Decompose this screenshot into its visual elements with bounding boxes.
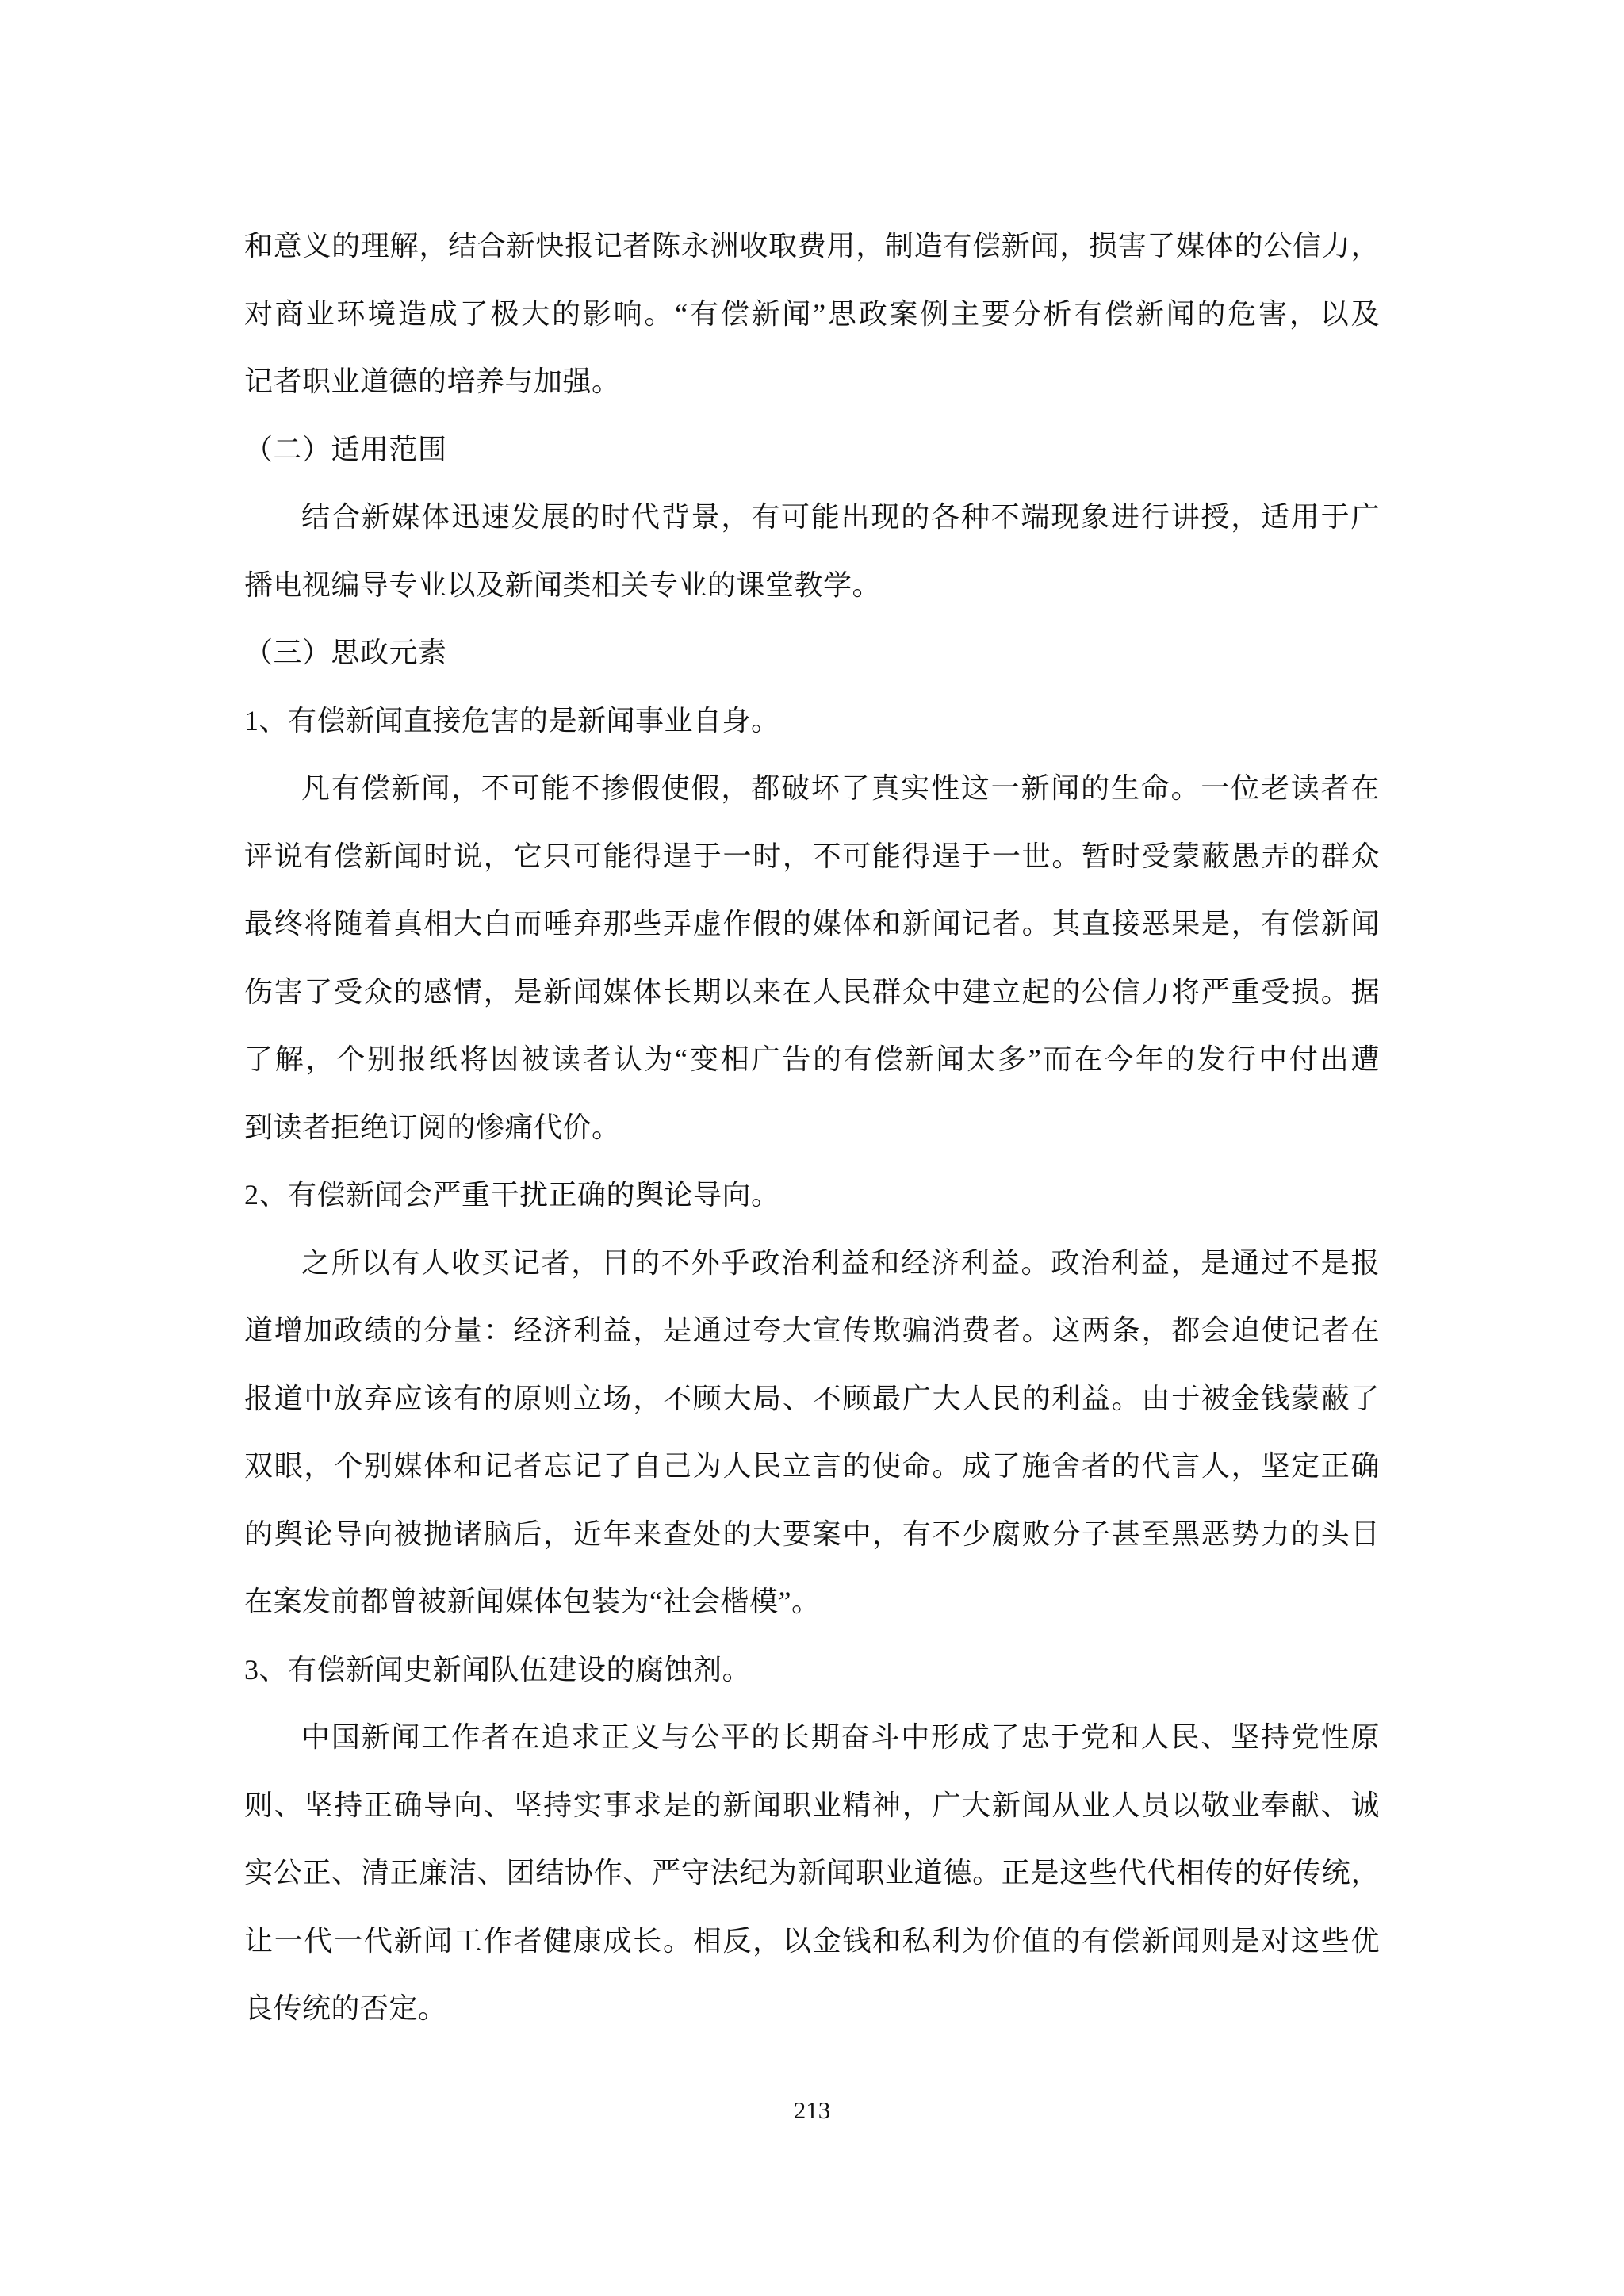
text-line: 对商业环境造成了极大的影响。“有偿新闻”思政案例主要分析有偿新闻的危害，以及 — [244, 281, 1380, 349]
page-number: 213 — [794, 2096, 831, 2124]
text-line: 的舆论导向被抛诸脑后，近年来查处的大要案中，有不少腐败分子甚至黑恶势力的头目 — [244, 1501, 1380, 1569]
text-line: 2、有偿新闻会严重干扰正确的舆论导向。 — [244, 1161, 1380, 1230]
text-line: 双眼，个别媒体和记者忘记了自己为人民立言的使命。成了施舍者的代言人，坚定正确 — [244, 1433, 1380, 1501]
text-line: 则、坚持正确导向、坚持实事求是的新闻职业精神，广大新闻从业人员以敬业奉献、诚 — [244, 1772, 1380, 1840]
text-line: 和意义的理解，结合新快报记者陈永洲收取费用，制造有偿新闻，损害了媒体的公信力， — [244, 212, 1380, 281]
text-line: 伤害了受众的感情，是新闻媒体长期以来在人民群众中建立起的公信力将严重受损。据 — [244, 959, 1380, 1027]
text-line: 凡有偿新闻，不可能不掺假使假，都破坏了真实性这一新闻的生命。一位老读者在 — [244, 755, 1380, 823]
text-line: 最终将随着真相大白而唾弃那些弄虚作假的媒体和新闻记者。其直接恶果是，有偿新闻 — [244, 890, 1380, 959]
page-footer: 213 — [0, 2095, 1624, 2126]
text-line: 在案发前都曾被新闻媒体包装为“社会楷模”。 — [244, 1568, 1380, 1636]
text-line: 1、有偿新闻直接危害的是新闻事业自身。 — [244, 687, 1380, 756]
text-line: 道增加政绩的分量：经济利益，是通过夸大宣传欺骗消费者。这两条，都会迫使记者在 — [244, 1297, 1380, 1365]
text-line: 播电视编导专业以及新闻类相关专业的课堂教学。 — [244, 552, 1380, 620]
document-page: 和意义的理解，结合新快报记者陈永洲收取费用，制造有偿新闻，损害了媒体的公信力，对… — [0, 0, 1624, 2296]
text-line: 3、有偿新闻史新闻队伍建设的腐蚀剂。 — [244, 1636, 1380, 1705]
text-line: 了解，个别报纸将因被读者认为“变相广告的有偿新闻太多”而在今年的发行中付出遭 — [244, 1026, 1380, 1094]
text-line: 记者职业道德的培养与加强。 — [244, 348, 1380, 416]
text-line: 结合新媒体迅速发展的时代背景，有可能出现的各种不端现象进行讲授，适用于广 — [244, 484, 1380, 552]
text-line: 让一代一代新闻工作者健康成长。相反，以金钱和私利为价值的有偿新闻则是对这些优 — [244, 1908, 1380, 1976]
text-line: 良传统的否定。 — [244, 1975, 1380, 2043]
text-line: 报道中放弃应该有的原则立场，不顾大局、不顾最广大人民的利益。由于被金钱蒙蔽了 — [244, 1365, 1380, 1433]
text-line: 实公正、清正廉洁、团结协作、严守法纪为新闻职业道德。正是这些代代相传的好传统， — [244, 1839, 1380, 1908]
text-line: 到读者拒绝订阅的惨痛代价。 — [244, 1094, 1380, 1162]
document-body: 和意义的理解，结合新快报记者陈永洲收取费用，制造有偿新闻，损害了媒体的公信力，对… — [244, 212, 1380, 2043]
text-line: 评说有偿新闻时说，它只可能得逞于一时，不可能得逞于一世。暂时受蒙蔽愚弄的群众 — [244, 823, 1380, 891]
text-line: 之所以有人收买记者，目的不外乎政治利益和经济利益。政治利益，是通过不是报 — [244, 1230, 1380, 1298]
text-line: （二）适用范围 — [244, 416, 1380, 484]
text-line: （三）思政元素 — [244, 619, 1380, 687]
text-line: 中国新闻工作者在追求正义与公平的长期奋斗中形成了忠于党和人民、坚持党性原 — [244, 1704, 1380, 1772]
